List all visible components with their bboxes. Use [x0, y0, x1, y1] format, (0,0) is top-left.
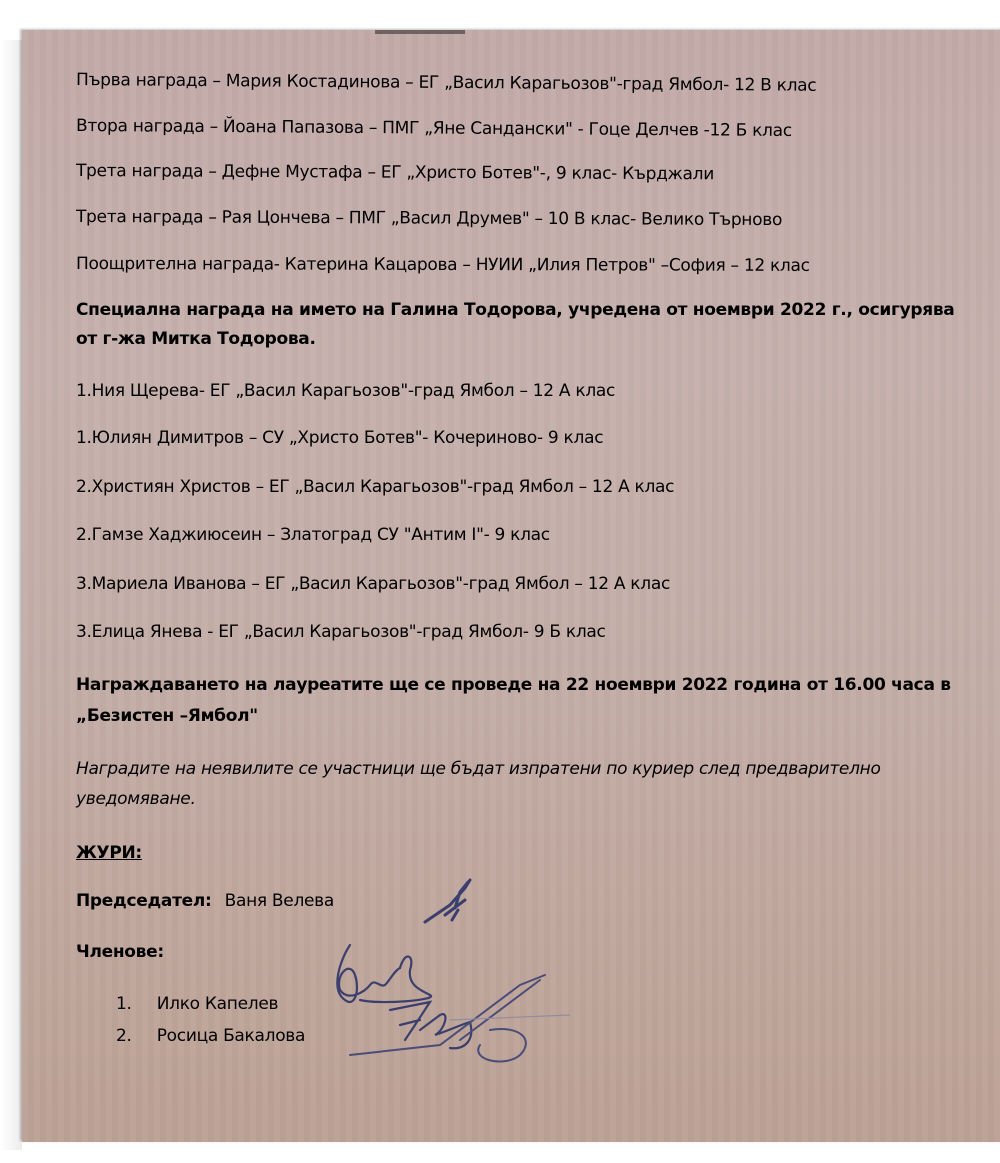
special-winner: 3.Елица Янева - ЕГ „Васил Карагьозов"-гр… [76, 622, 606, 642]
signature-members [320, 930, 580, 1070]
special-award-sponsor: от г-жа Митка Тодорова. [76, 329, 316, 349]
chair-name: Ваня Велева [225, 891, 334, 911]
member-name: Росица Бакалова [157, 1026, 305, 1046]
jury-member: 2. Росица Бакалова [116, 1026, 305, 1046]
chair-label: Председател: [76, 891, 212, 911]
page-edge [0, 40, 22, 1150]
special-winner: 1.Юлиян Димитров – СУ „Христо Ботев"- Ко… [76, 428, 603, 448]
special-winner: 2.Гамзе Хаджиюсеин – Златоград СУ "Антим… [76, 525, 550, 545]
jury-member: 1. Илко Капелев [116, 994, 278, 1014]
award-third-1: Трета награда – Дефне Мустафа – ЕГ „Хрис… [76, 161, 714, 184]
jury-heading: ЖУРИ: [76, 843, 142, 863]
member-number: 1. [116, 994, 132, 1014]
members-label: Членове: [76, 942, 164, 962]
award-encouragement: Поощрителна награда- Катерина Кацарова –… [76, 254, 810, 276]
special-winner: 1.Ния Щерева- ЕГ „Васил Карагьозов"-град… [76, 381, 615, 401]
member-number: 2. [116, 1026, 132, 1046]
special-award-title: Специална награда на името на Галина Тод… [76, 300, 954, 320]
special-winner: 3.Мариела Иванова – ЕГ „Васил Карагьозов… [76, 574, 670, 594]
ceremony-info: Награждаването на лауреатите ще се прове… [76, 675, 951, 695]
award-third-2: Трета награда – Рая Цончева – ПМГ „Васил… [76, 207, 782, 230]
member-name: Илко Капелев [157, 994, 278, 1014]
delivery-note-cont: уведомяване. [76, 789, 196, 809]
delivery-note: Наградите на неявилите се участници ще б… [76, 759, 881, 779]
ceremony-venue: „Безистен –Ямбол" [76, 706, 258, 726]
jury-chair: Председател: Ваня Велева [76, 891, 334, 911]
paper-mark [375, 30, 465, 34]
special-winner: 2.Християн Христов – ЕГ „Васил Карагьозо… [76, 477, 674, 497]
